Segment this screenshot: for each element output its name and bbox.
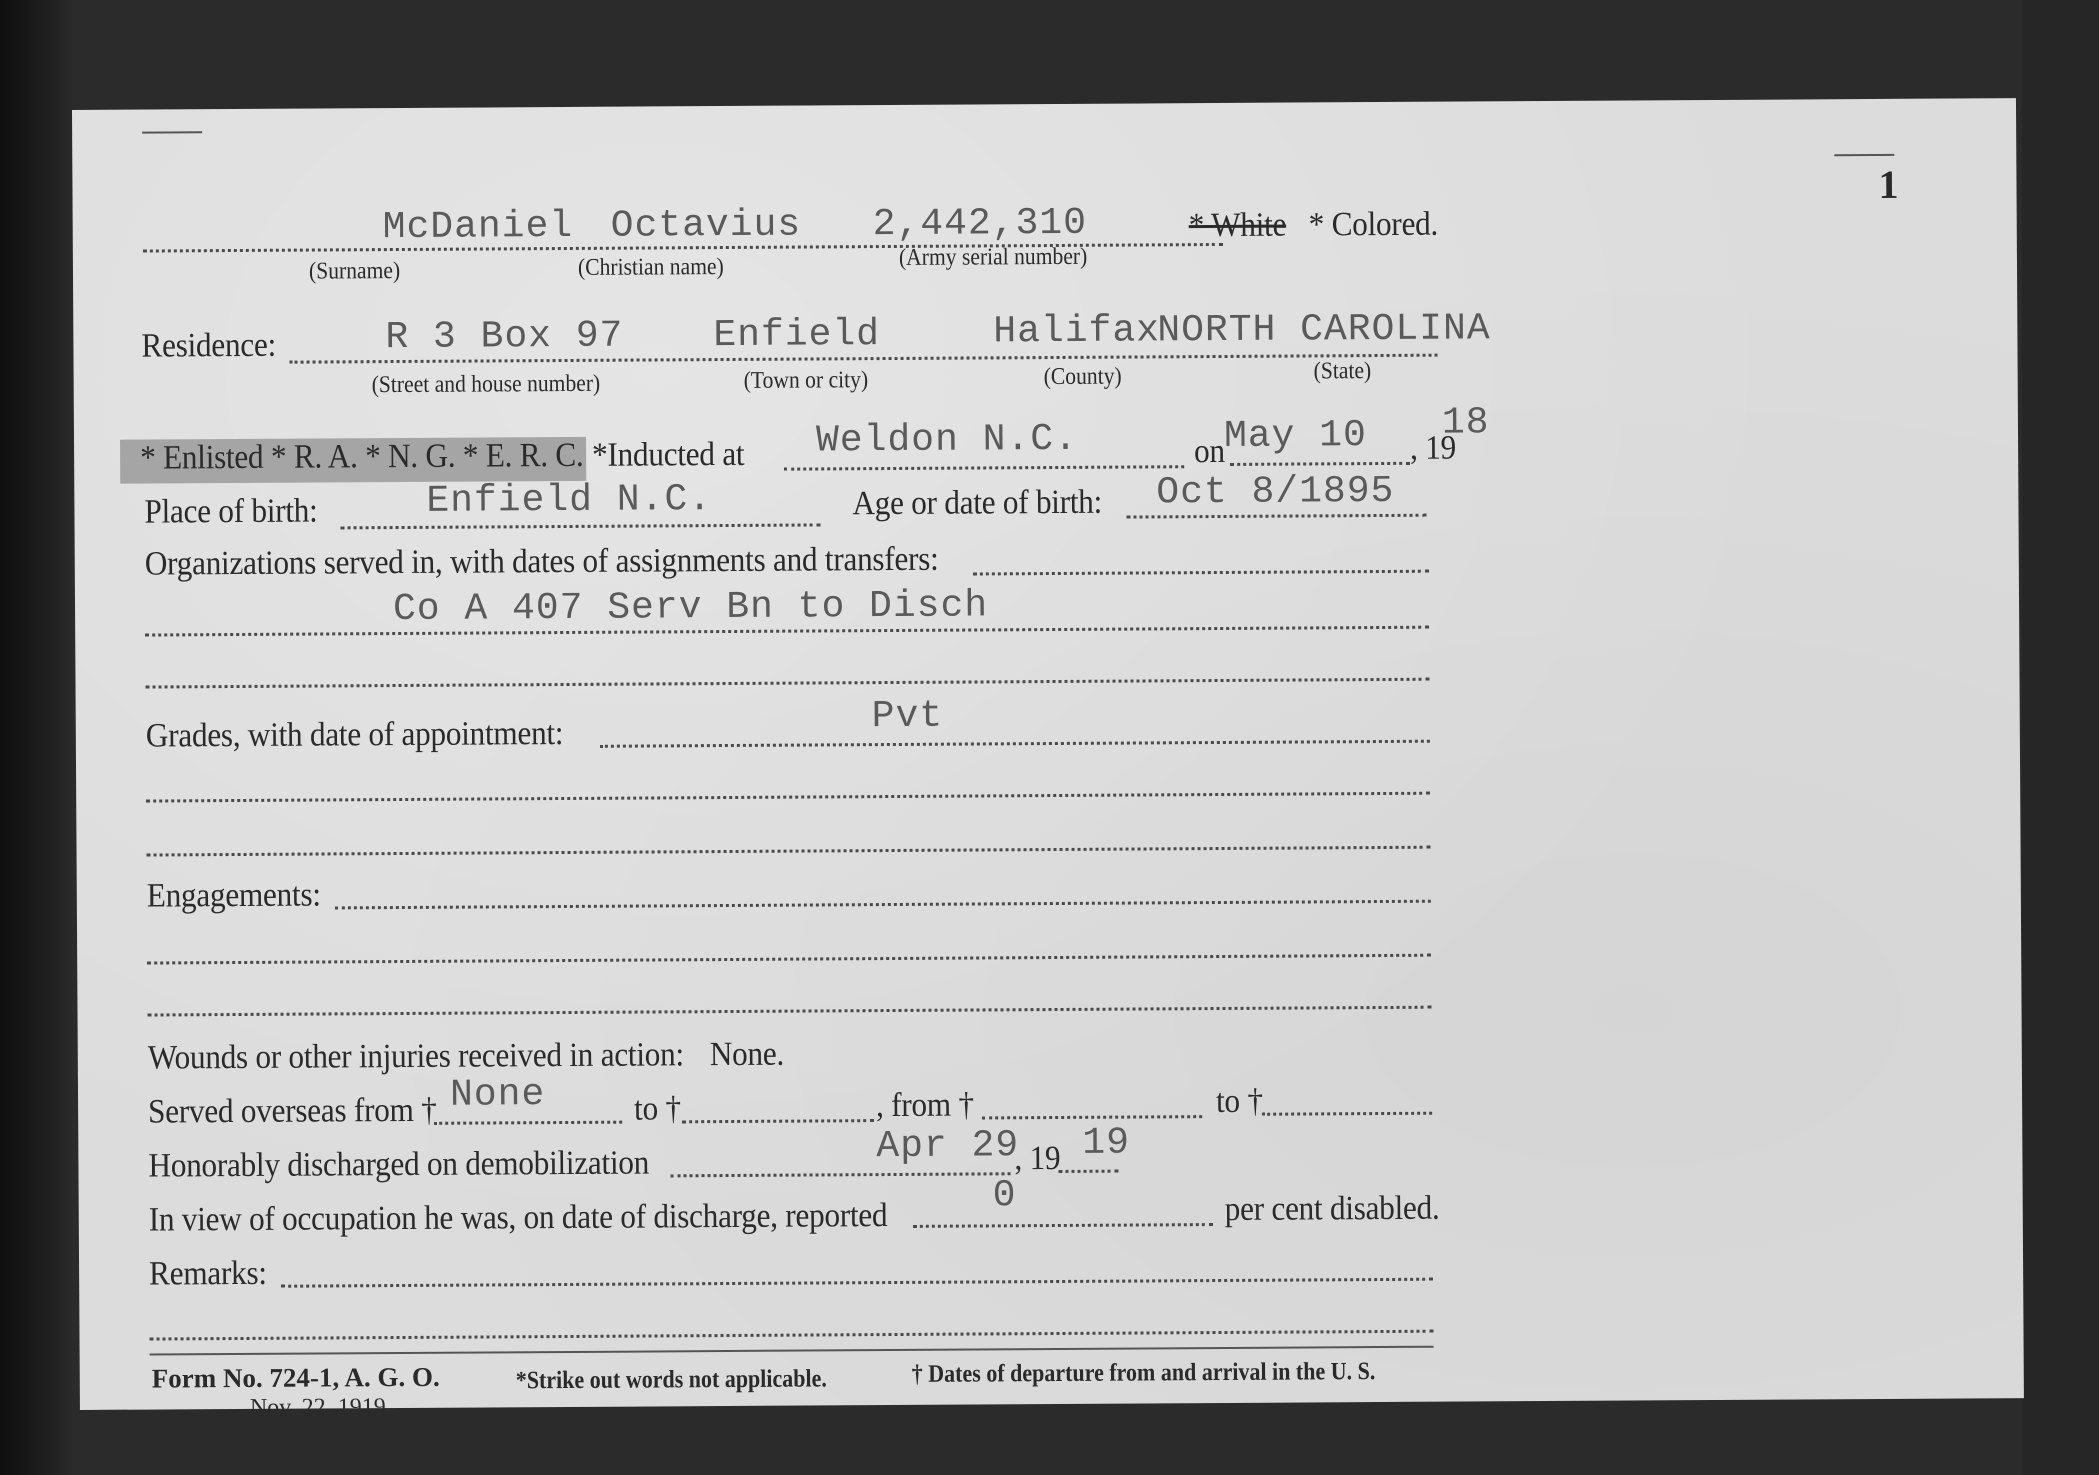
overseas-from-label: Served overseas from †: [148, 1092, 437, 1132]
date-of-birth-value: Oct 8/1895: [1156, 470, 1394, 514]
residence-state-value: NORTH CAROLINA: [1157, 307, 1491, 352]
street-caption: (Street and house number): [372, 371, 601, 399]
overseas-from-value: None: [450, 1073, 545, 1117]
service-record-card: 1 McDaniel Octavius 2,442,310 (Surname) …: [72, 98, 2024, 1410]
race-white-option: * White: [1189, 207, 1287, 246]
grades-line-0: [600, 740, 1430, 748]
induction-date-value: May 10: [1224, 414, 1367, 458]
overseas-from-line: [434, 1121, 622, 1125]
form-number: Form No. 724-1, A. G. O.: [152, 1362, 440, 1395]
organizations-label: Organizations served in, with dates of a…: [145, 541, 939, 584]
age-label: Age or date of birth:: [852, 484, 1102, 524]
county-caption: (County): [1044, 364, 1122, 391]
disability-line: [913, 1223, 1213, 1228]
christian-name-caption: (Christian name): [578, 254, 724, 282]
surname-value: McDaniel: [383, 205, 574, 249]
discharge-label: Honorably discharged on demobilization: [148, 1144, 649, 1185]
overseas-to-line: [682, 1119, 874, 1123]
disability-label: In view of occupation he was, on date of…: [149, 1197, 888, 1240]
inducted-at-line: [784, 465, 1184, 470]
dates-note: † Dates of departure from and arrival in…: [912, 1358, 1376, 1389]
discharge-year-suffix: 19: [1082, 1122, 1130, 1165]
on-label: on: [1194, 433, 1225, 471]
disability-percent-value: 0: [993, 1174, 1017, 1217]
residence-street-value: R 3 Box 97: [385, 315, 623, 359]
engagements-line-1: [147, 954, 1431, 965]
christian-name-value: Octavius: [611, 204, 802, 248]
town-caption: (Town or city): [744, 367, 869, 395]
age-line: [1126, 514, 1426, 519]
residence-county-value: Halifax: [993, 309, 1160, 353]
place-of-birth-value: Enfield N.C.: [426, 478, 712, 523]
wounds-value: None.: [710, 1036, 784, 1074]
discharge-date-value: Apr 29: [876, 1124, 1019, 1168]
discharge-year-line: [1058, 1170, 1118, 1173]
grades-label: Grades, with date of appointment:: [146, 715, 564, 756]
scanner-left-edge: [0, 0, 72, 1475]
corner-rule: [142, 131, 202, 133]
grades-line-2: [147, 846, 1431, 857]
scanner-right-edge: [2022, 0, 2099, 1475]
induction-date-line: [1230, 462, 1410, 466]
page-number-rule: [1834, 154, 1894, 156]
engagements-label: Engagements:: [147, 876, 321, 915]
residence-town-value: Enfield: [713, 313, 880, 357]
grades-line-1: [146, 792, 1430, 803]
induction-year-suffix: 18: [1442, 401, 1490, 444]
army-serial-number-value: 2,442,310: [873, 202, 1087, 246]
inducted-at-value: Weldon N.C.: [816, 418, 1078, 463]
remarks-label: Remarks:: [149, 1255, 267, 1294]
overseas-from2-label: , from †: [876, 1087, 974, 1126]
overseas-to2-label: to †: [1216, 1083, 1263, 1121]
engagements-line-2: [148, 1006, 1432, 1017]
discharge-date-line: [671, 1172, 1011, 1177]
residence-label: Residence:: [141, 327, 276, 366]
grade-value: Pvt: [872, 695, 944, 738]
race-colored-option: * Colored.: [1309, 206, 1439, 245]
form-date: Nov. 22, 1919: [250, 1394, 386, 1411]
organizations-line-2: [146, 678, 1430, 689]
wounds-label: Wounds or other injuries received in act…: [148, 1036, 684, 1077]
engagements-line-0: [335, 900, 1431, 910]
overseas-to2-line: [1262, 1112, 1432, 1116]
discharge-year-prefix: , 19: [1014, 1140, 1060, 1178]
strike-out-note: *Strike out words not applicable.: [516, 1365, 827, 1395]
organizations-line-0: [973, 570, 1429, 576]
surname-caption: (Surname): [309, 258, 400, 286]
overseas-to-label: to †: [634, 1090, 681, 1128]
page-number: 1: [1878, 161, 1898, 208]
inducted-at-label: *Inducted at: [592, 436, 744, 475]
remarks-line-1: [150, 1330, 1434, 1341]
disability-suffix: per cent disabled.: [1225, 1190, 1440, 1229]
remarks-line-0: [281, 1278, 1433, 1288]
enlistment-options: * Enlisted * R. A. * N. G. * E. R. C.: [140, 437, 584, 478]
state-caption: (State): [1314, 358, 1372, 385]
overseas-from2-line: [982, 1115, 1202, 1119]
place-of-birth-line: [341, 523, 821, 529]
organization-entry: Co A 407 Serv Bn to Disch: [393, 584, 988, 631]
serial-caption: (Army serial number): [899, 244, 1088, 272]
place-of-birth-label: Place of birth:: [144, 493, 317, 532]
footer-rule: [150, 1346, 1434, 1356]
